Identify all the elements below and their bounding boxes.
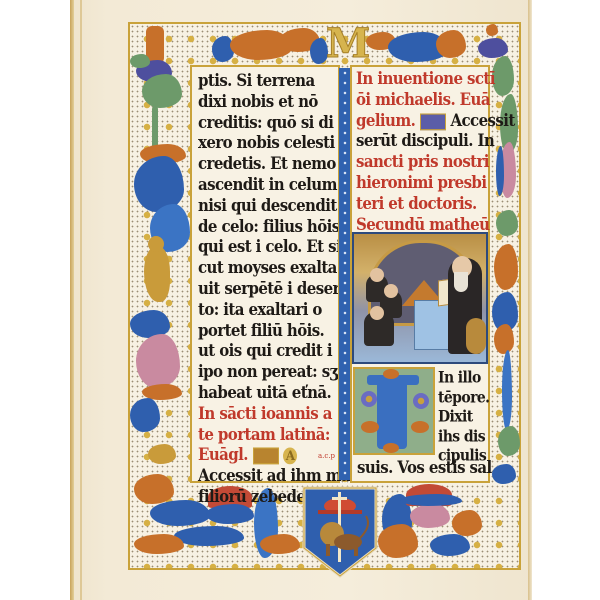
orange-leaf-icon: [411, 421, 429, 433]
rubric-text: gelium.: [356, 110, 415, 130]
monk-face: [384, 284, 398, 298]
bird: [144, 246, 170, 302]
rubric-line: teri et doctoris.: [356, 192, 486, 215]
text-line: dixi nobis et nō: [198, 90, 332, 113]
folio-mark: a.c.p: [318, 452, 335, 460]
bird-head: [148, 236, 164, 252]
blue-flower-icon: [413, 393, 429, 409]
text-line: ipo non pereat: sʒ: [198, 360, 332, 383]
st-jerome-beard: [454, 272, 468, 292]
blue-stem: [502, 350, 512, 430]
rubric-line: In sācti ioannis a: [198, 402, 332, 425]
blue-acanthus: [130, 398, 160, 432]
gold-initial-icon: A: [283, 447, 297, 464]
fore-edge: [528, 0, 532, 600]
text-span: Accessit: [450, 110, 514, 130]
orange-acanthus: [378, 524, 418, 558]
blue-line-filler: [420, 113, 446, 130]
monk-face: [370, 268, 384, 282]
blue-acanthus: [174, 526, 244, 546]
pink-acanthus: [136, 334, 180, 388]
bird: [498, 426, 520, 456]
orange-acanthus: [134, 474, 174, 504]
bird: [496, 210, 518, 236]
lion-icon: [466, 318, 486, 354]
rubric-line: ōi michaelis. Euā: [356, 88, 486, 111]
text-line: uit serpētē i deser: [198, 277, 332, 300]
green-leaf: [142, 74, 182, 108]
rubric-line: hieronimi presbi: [356, 171, 486, 194]
rubric-line: In inuentione sctī: [356, 67, 486, 90]
orange-acanthus: [452, 510, 482, 536]
rubric-line: sancti pris nostri: [356, 150, 486, 173]
right-column-lower-text: In illo tēpore. Dixit ihs dis cipulis: [438, 368, 490, 466]
text-line: nisi qui descendit: [198, 194, 332, 217]
gutter-line: [80, 0, 82, 600]
text-line: cut moyses exalta: [198, 256, 332, 279]
orange-acanthus: [494, 324, 514, 354]
pink-bloom: [410, 504, 450, 528]
orange-bud-icon: [383, 369, 399, 379]
shield-icon: [302, 486, 378, 578]
text-line: credetis. Et nemo: [198, 152, 332, 175]
green-leaf: [130, 54, 150, 68]
gold-line-filler: [253, 447, 279, 464]
orange-bud-icon: [383, 443, 399, 453]
text-line: In illo: [438, 368, 490, 390]
text-line: ptis. Si terrena: [198, 69, 332, 92]
gutter-edge: [70, 0, 74, 600]
text-line: Dixit: [438, 407, 490, 429]
rubric-text: Euāgl.: [198, 444, 248, 464]
coat-of-arms: [302, 486, 378, 578]
right-column-upper-text: In inuentione sctī ōi michaelis. Euā gel…: [356, 67, 486, 233]
historiated-initial-i: [353, 367, 435, 455]
border-initial-m: M: [326, 24, 370, 64]
text-line: habeat uitā eťnā.: [198, 381, 332, 404]
orange-acanthus: [494, 244, 518, 290]
orange-acanthus: [436, 30, 466, 58]
blue-stem: [496, 146, 504, 196]
orange-acanthus: [260, 534, 300, 554]
text-line: ascendit in celum: [198, 173, 332, 196]
orange-leaf-icon: [361, 421, 379, 433]
text-line: suis. Vos estis sal: [357, 456, 492, 479]
violet-flower: [478, 38, 508, 58]
orange-acanthus: [134, 534, 184, 554]
orange-bud: [486, 24, 498, 36]
monk-face: [370, 306, 384, 320]
lectern: [414, 300, 450, 350]
green-leaf: [492, 56, 514, 96]
text-line: to: ita exaltari o: [198, 298, 332, 321]
miniature-st-jerome: [352, 232, 488, 364]
blue-flower-icon: [361, 391, 377, 407]
blue-acanthus: [400, 494, 462, 506]
initial-letter-stem: [377, 375, 407, 449]
left-text-column: ptis. Si terrena dixi nobis et nō credit…: [190, 65, 340, 483]
hare: [148, 444, 176, 464]
blue-acanthus: [492, 464, 516, 484]
blue-acanthus: [430, 534, 470, 556]
text-line: Accessit ad ihm mater: [198, 464, 332, 487]
